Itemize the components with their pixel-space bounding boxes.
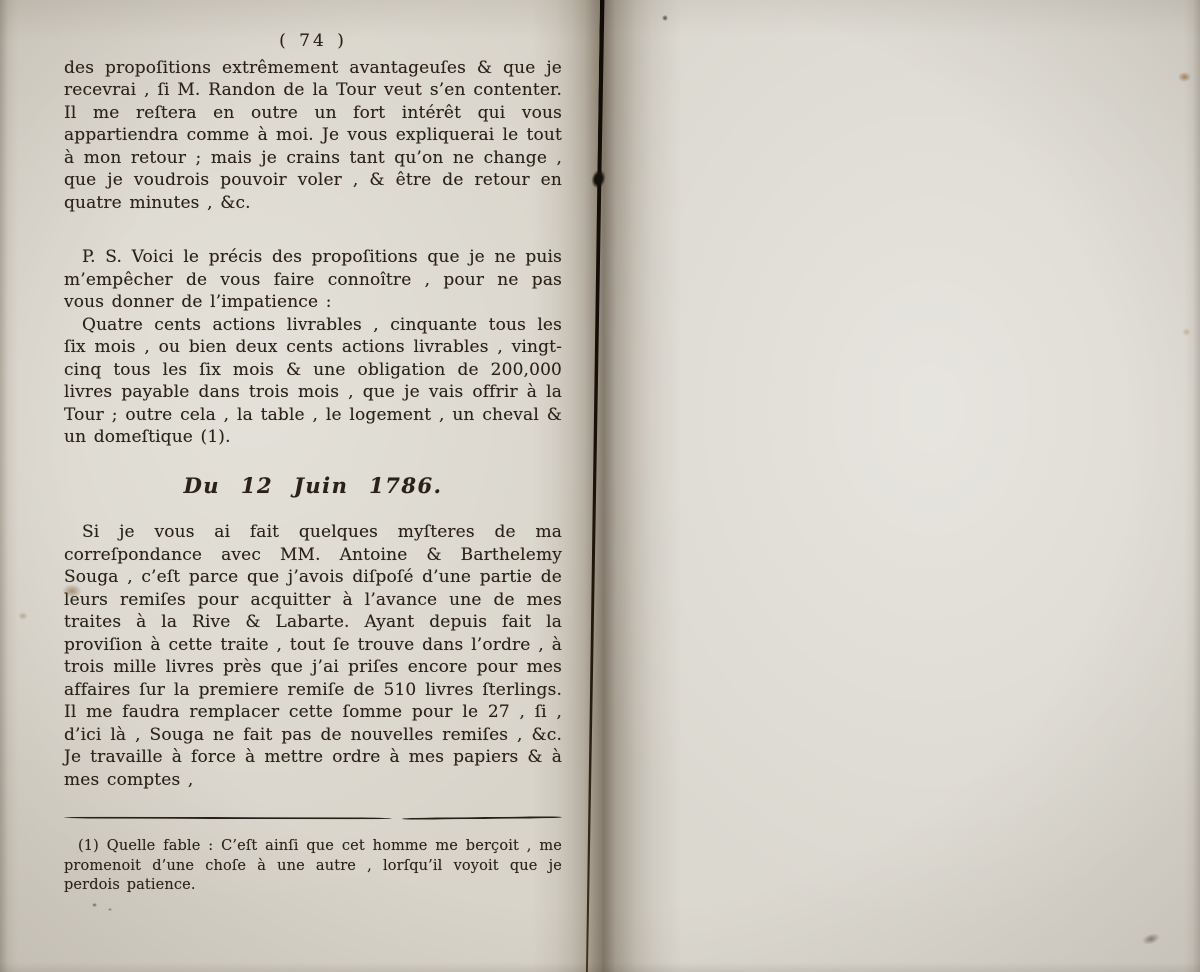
paragraph-si-je-vous-ai: Si je vous ai fait quelques myſteres de … <box>64 521 562 791</box>
footnote-divider-segment <box>64 817 392 820</box>
paragraph-continuation-left: des propoſitions extrêmement avantageuſe… <box>64 57 562 215</box>
book-spread: ( 74 ) des propoſitions extrêmement avan… <box>0 0 1200 972</box>
left-page: ( 74 ) des propoſitions extrêmement avan… <box>0 0 602 972</box>
left-page-number: ( 74 ) <box>64 30 562 53</box>
footnote-text: (1) Quelle fable : C’eſt ainſi que cet h… <box>64 837 562 896</box>
right-page: ( 75 ) & vous aurez bientôt à cet égard … <box>602 0 1200 972</box>
footnote-divider-segment <box>402 816 562 820</box>
footnote-divider <box>64 817 562 821</box>
paragraph-postscript: P. S. Voici le précis des propoſitions q… <box>64 246 562 314</box>
left-page-text-column: ( 74 ) des propoſitions extrêmement avan… <box>64 30 562 896</box>
paragraph-quatre-cents-actions: Quatre cents actions livrables , cinquan… <box>64 314 562 449</box>
section-heading-12-juin: Du 12 Juin 1786. <box>64 475 562 498</box>
